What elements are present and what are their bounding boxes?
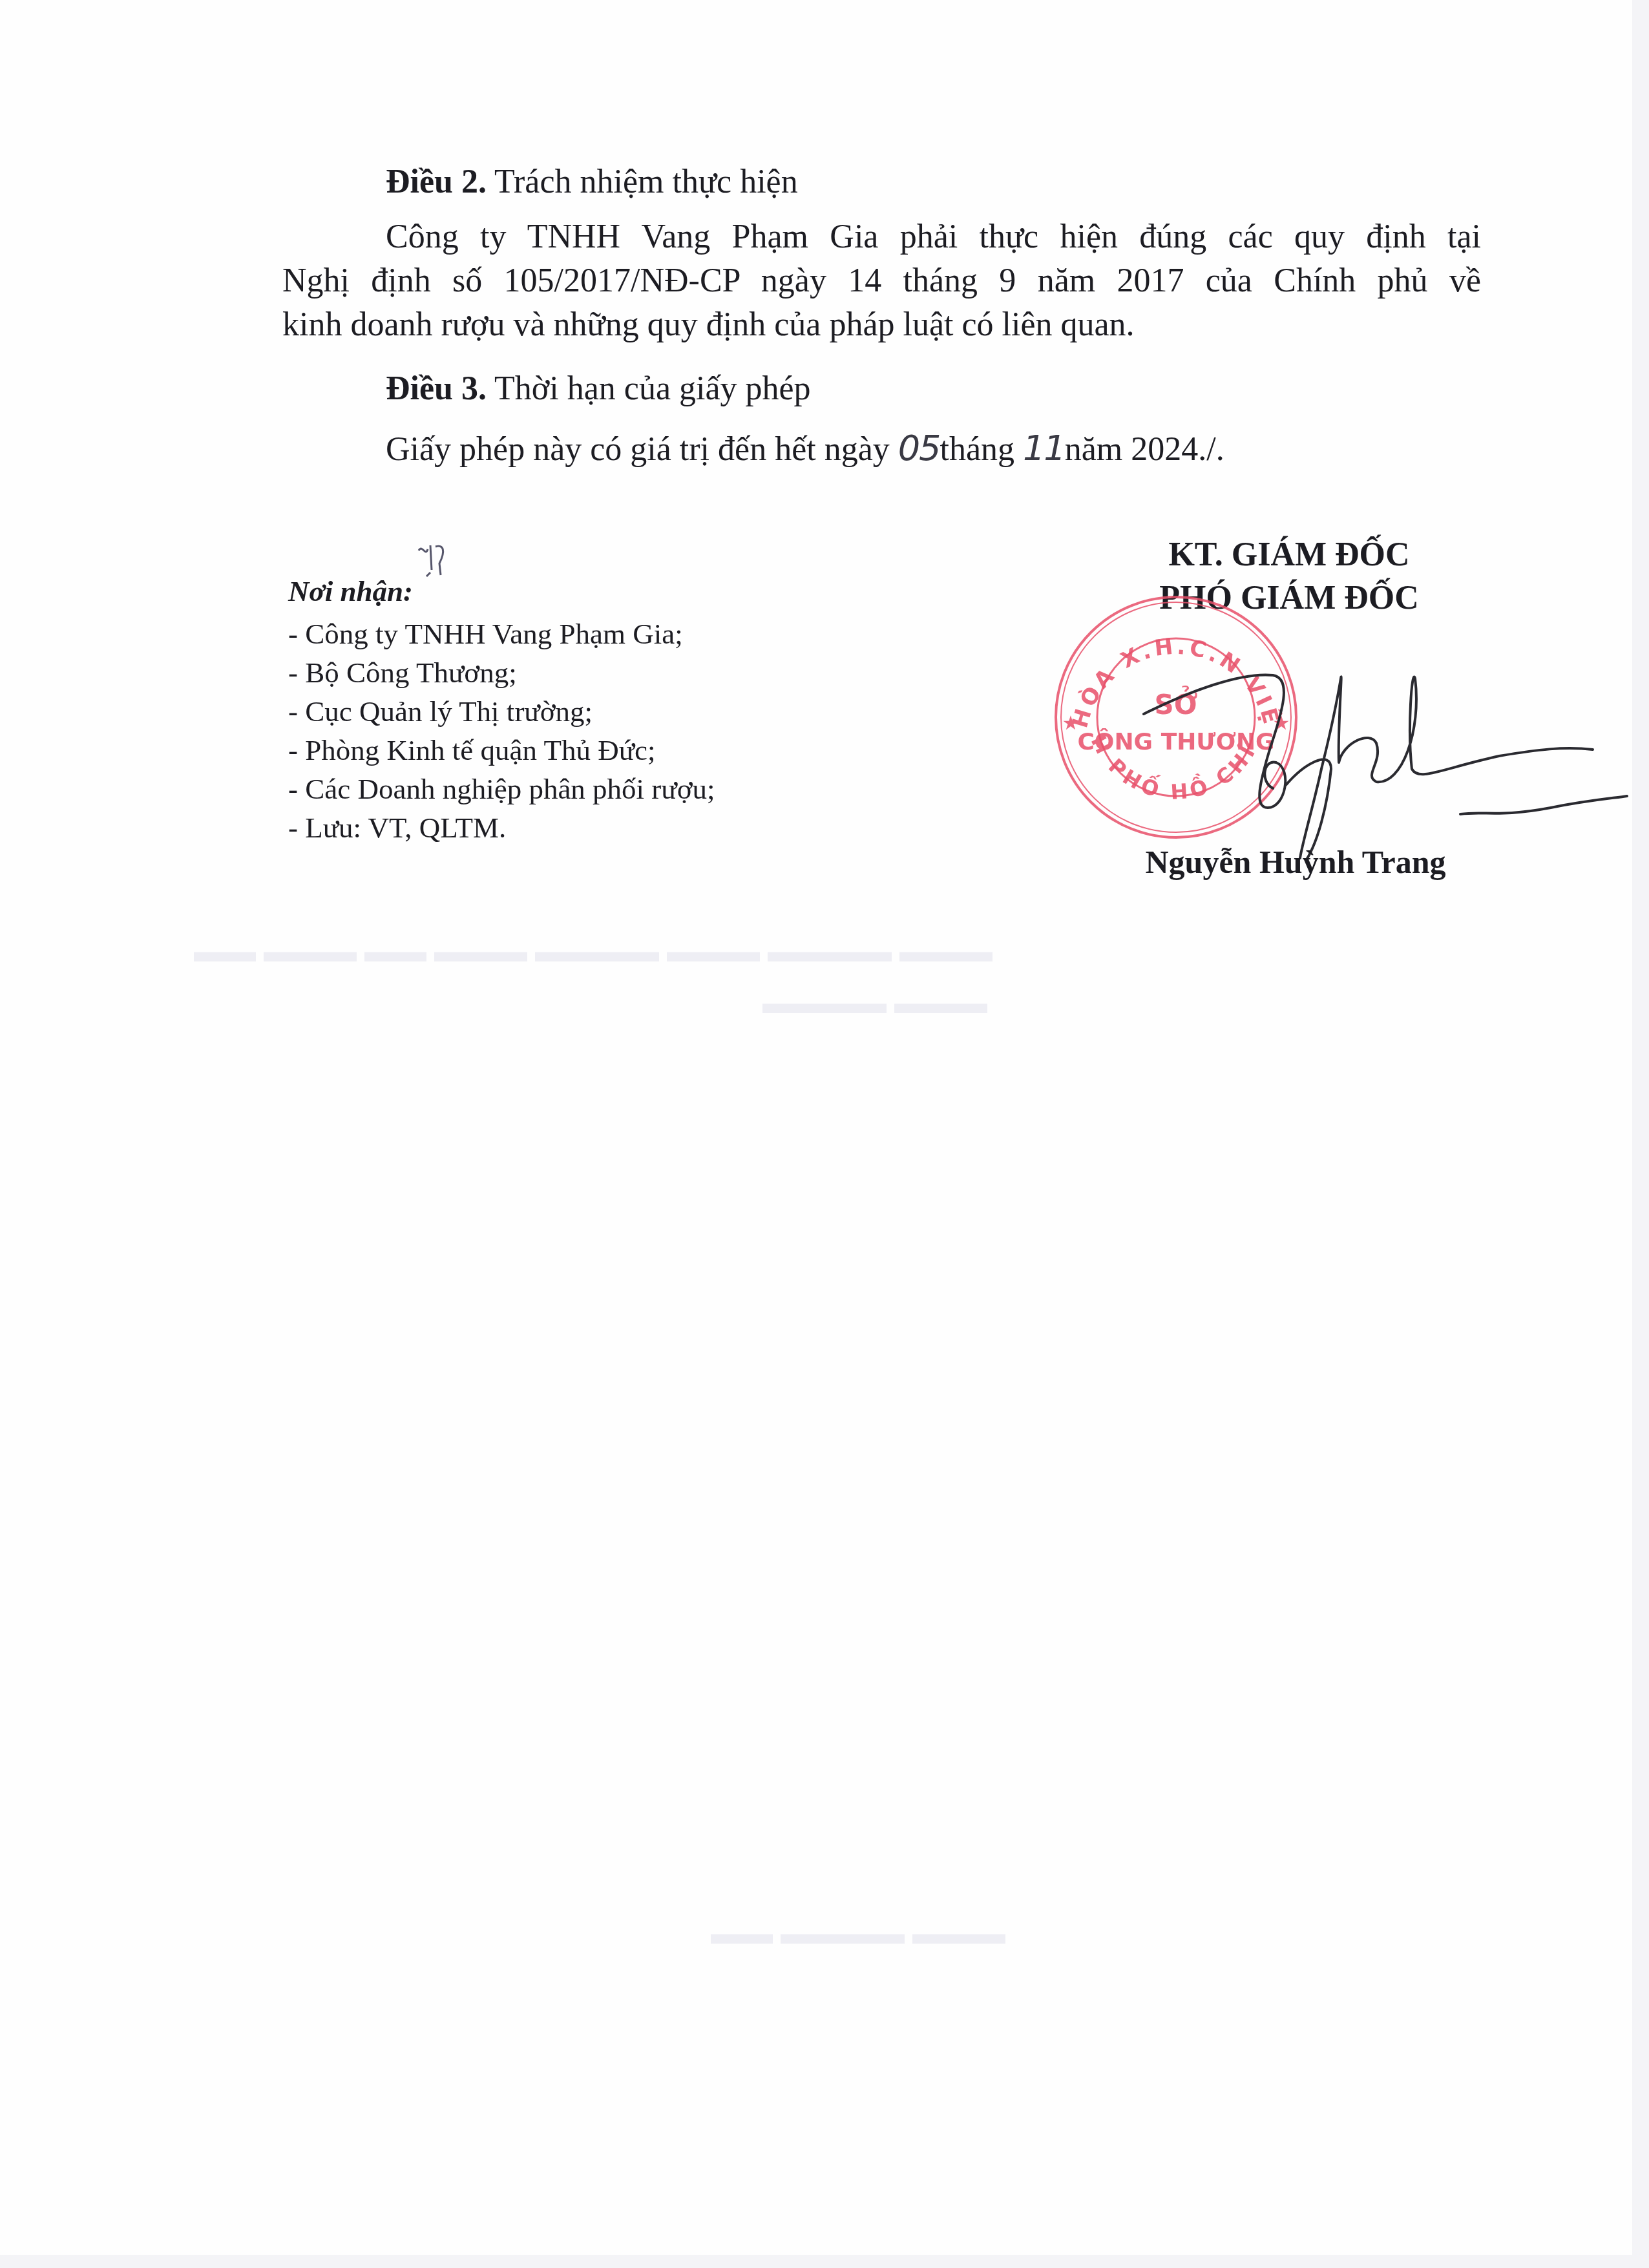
article-3-label: Điều 3. — [386, 370, 487, 407]
bleed-through-text: ▬▬▬ ▬▬▬▬ ▬▬ — [711, 1916, 1005, 1951]
recipient-item: - Bộ Công Thương; — [288, 653, 715, 692]
validity-month-label: tháng — [940, 431, 1023, 468]
stamp-star-icon: ★ — [1062, 712, 1080, 735]
recipient-item: - Lưu: VT, QLTM. — [288, 808, 715, 847]
validity-prefix: Giấy phép này có giá trị đến hết ngày — [386, 431, 898, 468]
signer-name: Nguyễn Huỳnh Trang — [1069, 843, 1522, 881]
initials-mark — [414, 538, 452, 583]
recipients-title: Nơi nhận: — [288, 572, 715, 611]
article-2-paragraph-line: Công ty TNHH Vang Phạm Gia phải thực hiệ… — [386, 218, 1481, 257]
validity-suffix: năm 2024./. — [1065, 431, 1224, 468]
recipient-item: - Các Doanh nghiệp phân phối rượu; — [288, 770, 715, 808]
handwritten-signature — [1098, 653, 1628, 859]
scan-edge-right — [1632, 0, 1649, 2268]
article-2-label: Điều 2. — [386, 163, 487, 200]
validity-statement: Giấy phép này có giá trị đến hết ngày 05… — [386, 429, 1224, 469]
handwritten-month: 11 — [1023, 428, 1065, 468]
article-2-title: Trách nhiệm thực hiện — [487, 163, 798, 200]
scan-edge-bottom — [0, 2255, 1649, 2268]
article-2-paragraph-line: Nghị định số 105/2017/NĐ-CP ngày 14 thán… — [282, 262, 1481, 300]
recipient-item: - Phòng Kinh tế quận Thủ Đức; — [288, 731, 715, 770]
signature-title-1: KT. GIÁM ĐỐC — [1063, 534, 1515, 576]
article-2-paragraph-line: kinh doanh rượu và những quy định của ph… — [282, 306, 1135, 344]
recipients-block: Nơi nhận: - Công ty TNHH Vang Phạm Gia; … — [288, 572, 715, 847]
handwritten-day: 05 — [898, 428, 940, 468]
article-3-heading: Điều 3. Thời hạn của giấy phép — [386, 370, 811, 408]
article-2-heading: Điều 2. Trách nhiệm thực hiện — [386, 163, 798, 202]
recipient-item: - Công ty TNHH Vang Phạm Gia; — [288, 614, 715, 653]
bleed-through-text: ▬▬▬ ▬▬▬▬ — [762, 985, 987, 1021]
recipient-item: - Cục Quản lý Thị trường; — [288, 692, 715, 731]
article-3-title: Thời hạn của giấy phép — [487, 370, 811, 407]
bleed-through-text: ▬▬▬ ▬▬▬▬ ▬▬▬ ▬▬▬▬ ▬▬▬ ▬▬ ▬▬▬ ▬▬ — [194, 934, 993, 969]
document-page: ▬▬▬ ▬▬▬▬ ▬▬▬ ▬▬▬▬ ▬▬▬ ▬▬ ▬▬▬ ▬▬ ▬▬▬ ▬▬▬▬… — [0, 0, 1649, 2268]
